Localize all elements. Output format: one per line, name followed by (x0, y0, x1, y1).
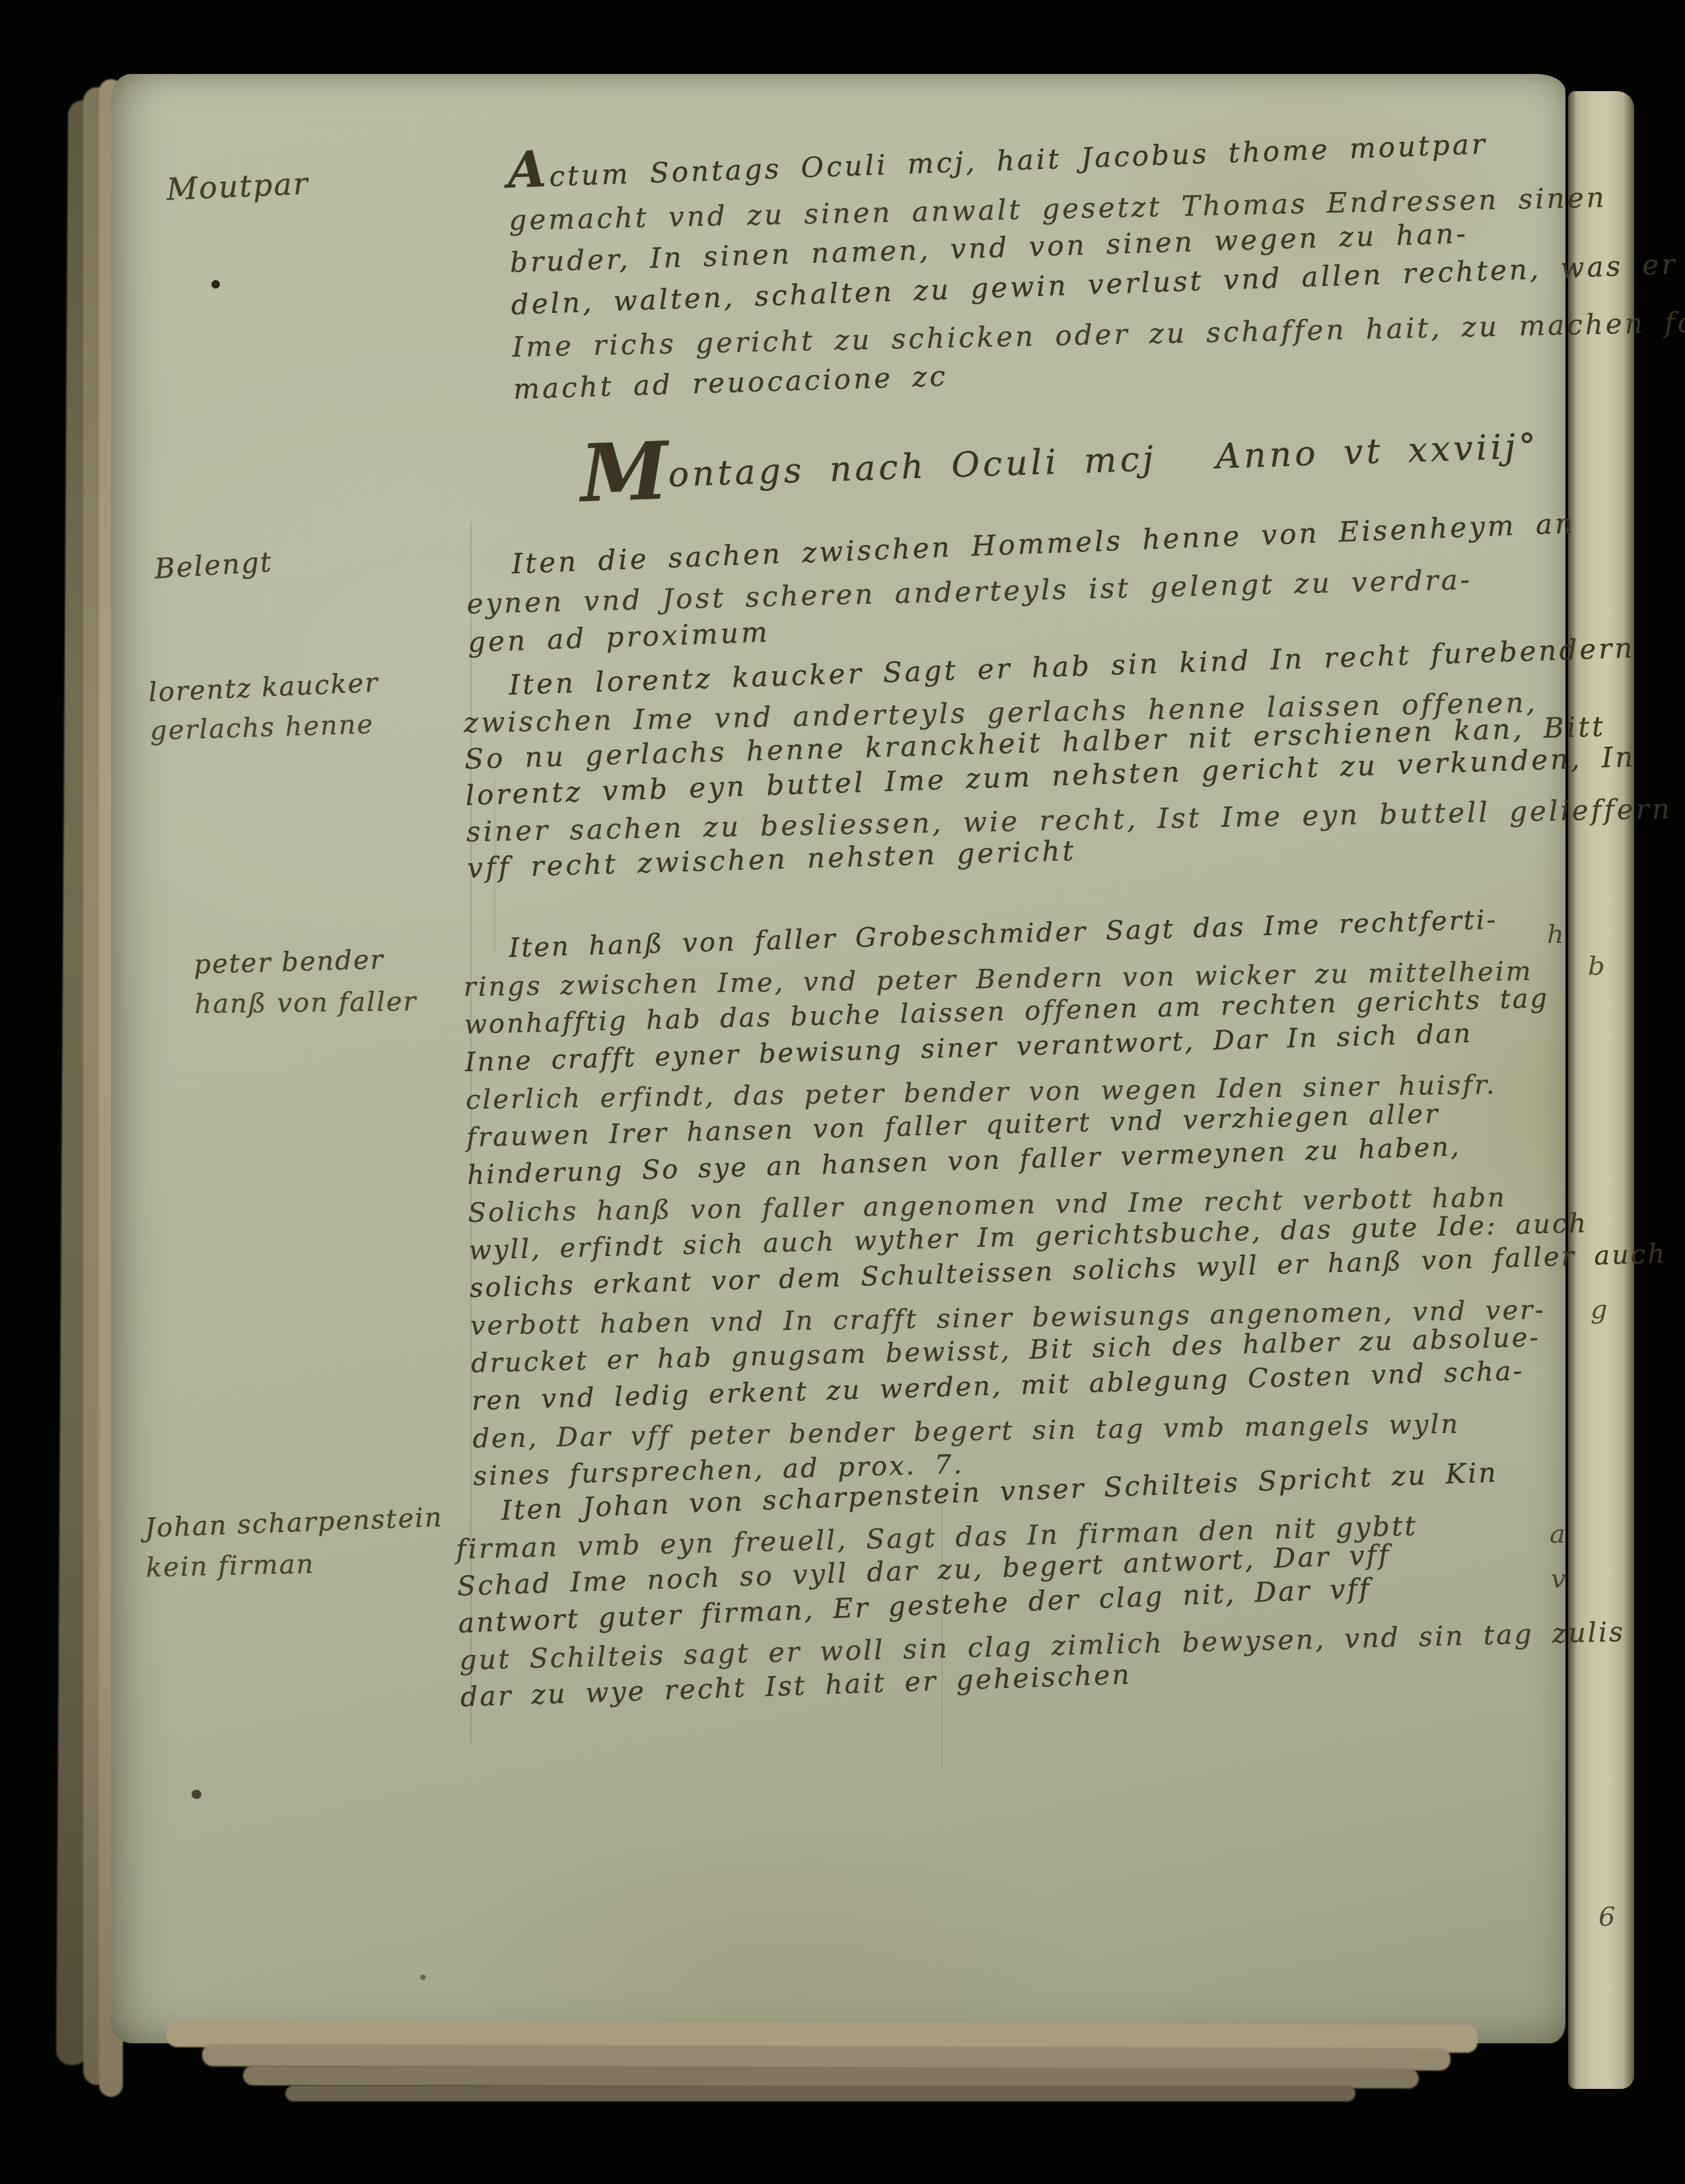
edge-letter-fragment: a (1550, 1519, 1565, 1549)
margin-note-johan-scharpenstein: Johan scharpensteinkein firman (144, 1500, 445, 1588)
edge-letter-fragment: 6 (1598, 1902, 1615, 1932)
handwritten-line: Moutpar (166, 162, 310, 209)
margin-note-belengt: Belengt (154, 542, 274, 589)
edge-letter-fragment: h (1547, 919, 1564, 950)
ink-stain (192, 1790, 201, 1799)
heading-initial: M (579, 425, 669, 520)
margin-note-moutpar: Moutpar (166, 164, 310, 209)
entry-lorentz-kaucker-text: Iten lorentz kaucker Sagt er hab sin kin… (462, 639, 1673, 886)
handwritten-line: gerlachs henne (149, 705, 380, 750)
ink-dot (211, 280, 220, 289)
entry-actum-text: Actum Sontags Oculi mcj, hait Jacobus th… (507, 129, 1583, 411)
entry-peter-bender-text: Iten hanß von faller Grobeschmider Sagt … (462, 907, 1671, 1496)
margin-note-lorentz-kaucker: lorentz kauckergerlachs henne (148, 666, 380, 750)
handwritten-line: kein firman (145, 1541, 445, 1588)
heading-gap (1157, 468, 1216, 470)
ink-stain (420, 1975, 426, 1980)
manuscript-photo: Moutpar Belengt lorentz kauckergerlachs … (0, 0, 1685, 2184)
handwritten-line: hanß von faller (194, 982, 417, 1024)
edge-letter-fragment: v (1551, 1564, 1566, 1594)
edge-letter-fragment: g (1591, 1294, 1608, 1325)
edge-letter-fragment: b (1588, 951, 1605, 981)
margin-note-peter-bender: peter benderhanß von faller (194, 941, 417, 1024)
handwritten-line: peter bender (194, 939, 417, 985)
handwritten-line: Belengt (153, 542, 273, 590)
entry-johan-scharpenstein-text: Iten Johan von scharpenstein vnser Schil… (454, 1460, 1626, 1716)
bottom-page-edge (285, 2086, 1355, 2101)
